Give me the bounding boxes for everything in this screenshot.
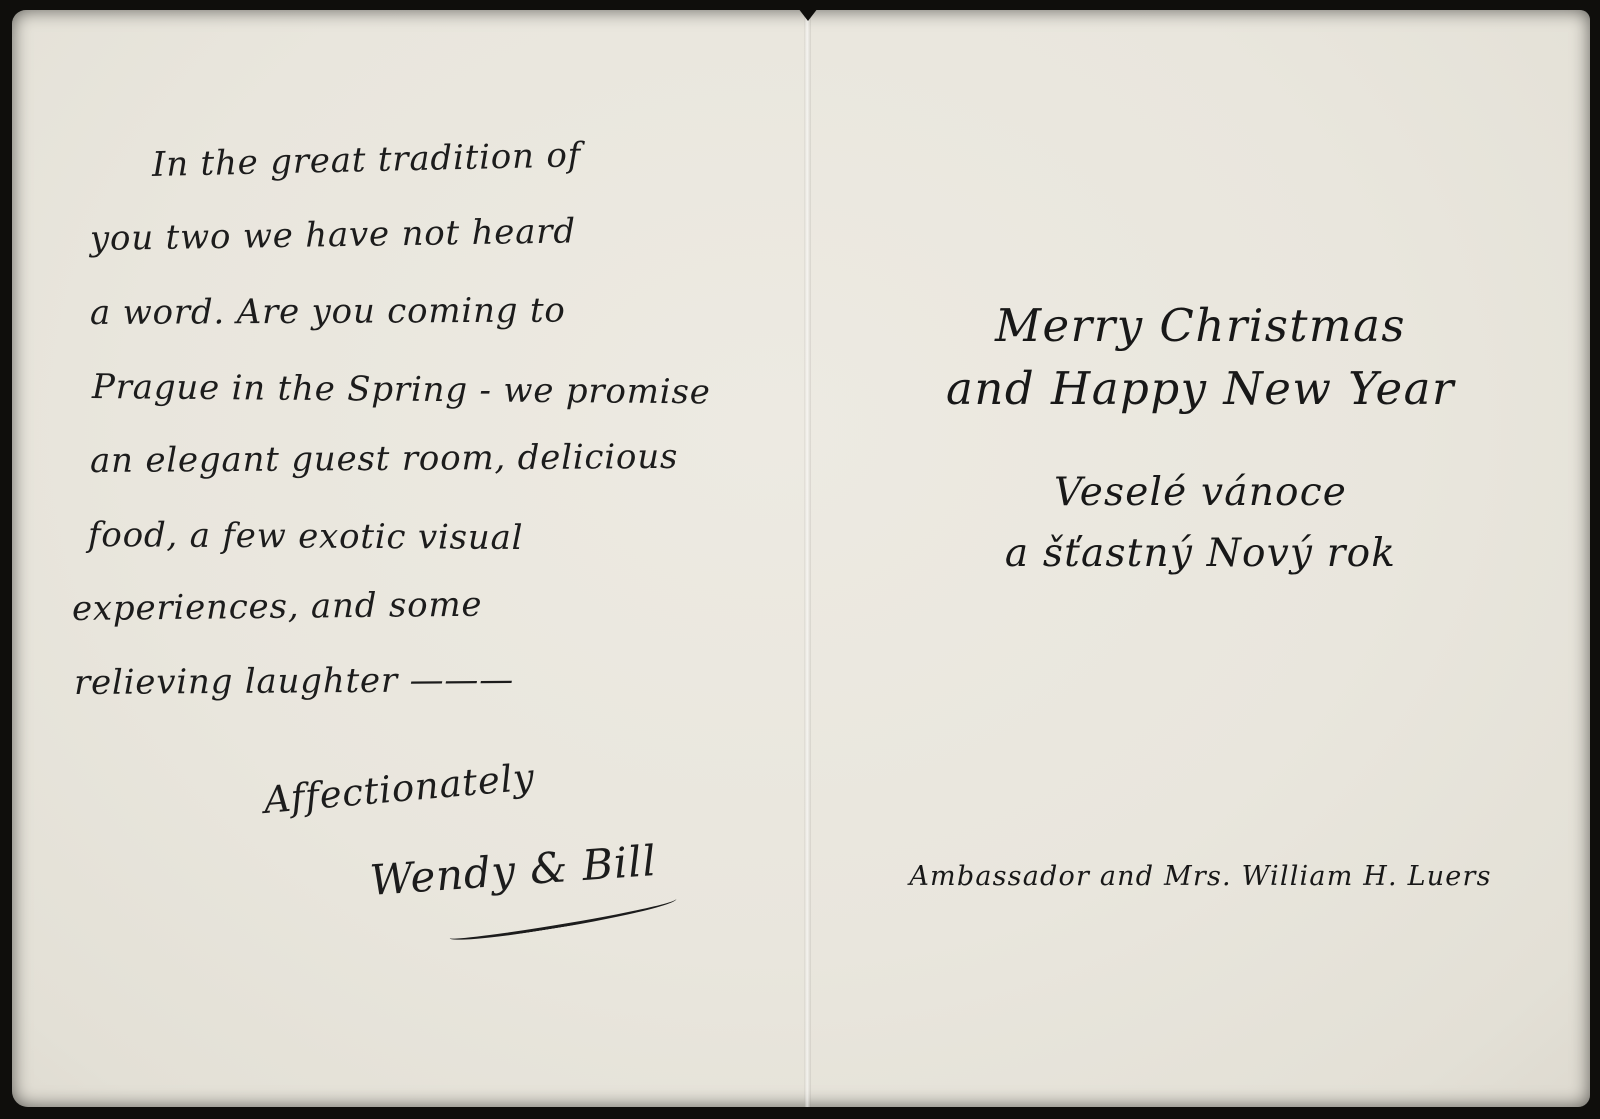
note-line: In the great tradition of <box>151 114 789 202</box>
greeting-czech-line-1: Veselé vánoce <box>811 462 1590 523</box>
note-line: you two we have not heard <box>89 191 788 276</box>
left-page-handwritten-note: In the great tradition of you two we hav… <box>12 10 804 1107</box>
note-line: relieving laughter ——— <box>74 641 788 720</box>
note-line: a word. Are you coming to <box>90 272 788 350</box>
greeting-czech: Veselé vánoce a šťastný Nový rok <box>811 462 1590 584</box>
note-signature: Wendy & Bill <box>367 815 789 918</box>
right-page-printed-greeting: Merry Christmas and Happy New Year Vesel… <box>811 10 1590 1107</box>
handwritten-note: In the great tradition of you two we hav… <box>88 128 788 927</box>
greeting-english: Merry Christmas and Happy New Year <box>811 294 1590 420</box>
sender-line: Ambassador and Mrs. William H. Luers <box>811 861 1590 892</box>
greeting-english-line-1: Merry Christmas <box>811 294 1590 357</box>
greeting-english-line-2: and Happy New Year <box>811 357 1590 420</box>
note-line: experiences, and some <box>72 565 789 646</box>
note-line: an elegant guest room, delicious <box>90 419 788 498</box>
greeting-card: In the great tradition of you two we hav… <box>12 10 1590 1107</box>
greeting-czech-line-2: a šťastný Nový rok <box>811 523 1590 584</box>
note-line: Prague in the Spring - we promise <box>92 350 789 430</box>
card-fold-line <box>804 10 811 1107</box>
